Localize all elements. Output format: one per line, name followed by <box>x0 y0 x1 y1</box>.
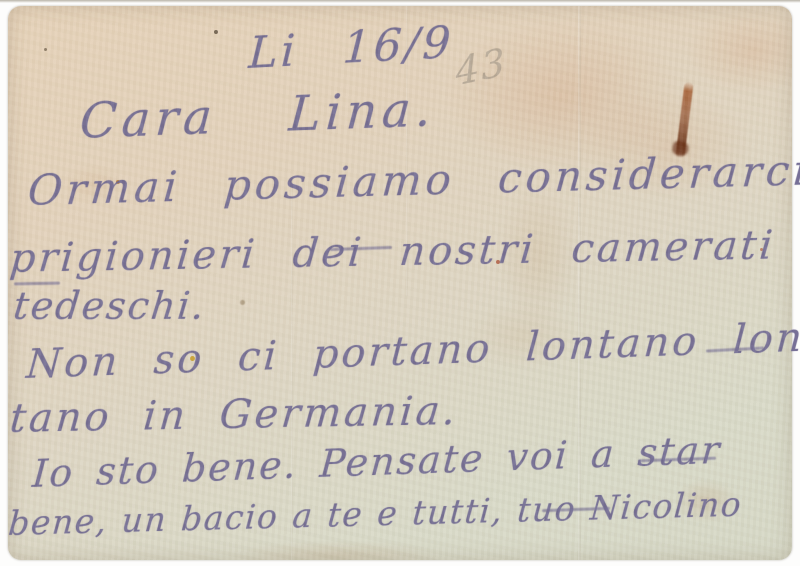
body-line-7-signature: bene, un bacio a te e tutti, tuo Nicolin… <box>7 485 744 543</box>
paper-speck <box>44 48 47 51</box>
postcard-paper: Li 16/9 43 Cara Lina. Ormai possiamo con… <box>8 6 792 560</box>
date-line: Li 16/9 <box>247 17 454 79</box>
scanned-postcard: Li 16/9 43 Cara Lina. Ormai possiamo con… <box>0 0 800 566</box>
body-line-1: Ormai possiamo considerarci <box>26 146 800 216</box>
body-line-2: prigionieri dei nostri camerati <box>8 223 777 282</box>
rust-streak-mark <box>675 82 693 159</box>
salutation-line: Cara Lina. <box>78 82 438 151</box>
body-line-3: tedeschi. <box>11 284 208 328</box>
paper-speck <box>214 30 218 34</box>
paper-speck <box>240 300 245 305</box>
faded-year-mark: 43 <box>454 39 508 94</box>
body-line-5: tano in Germania. <box>8 388 460 442</box>
